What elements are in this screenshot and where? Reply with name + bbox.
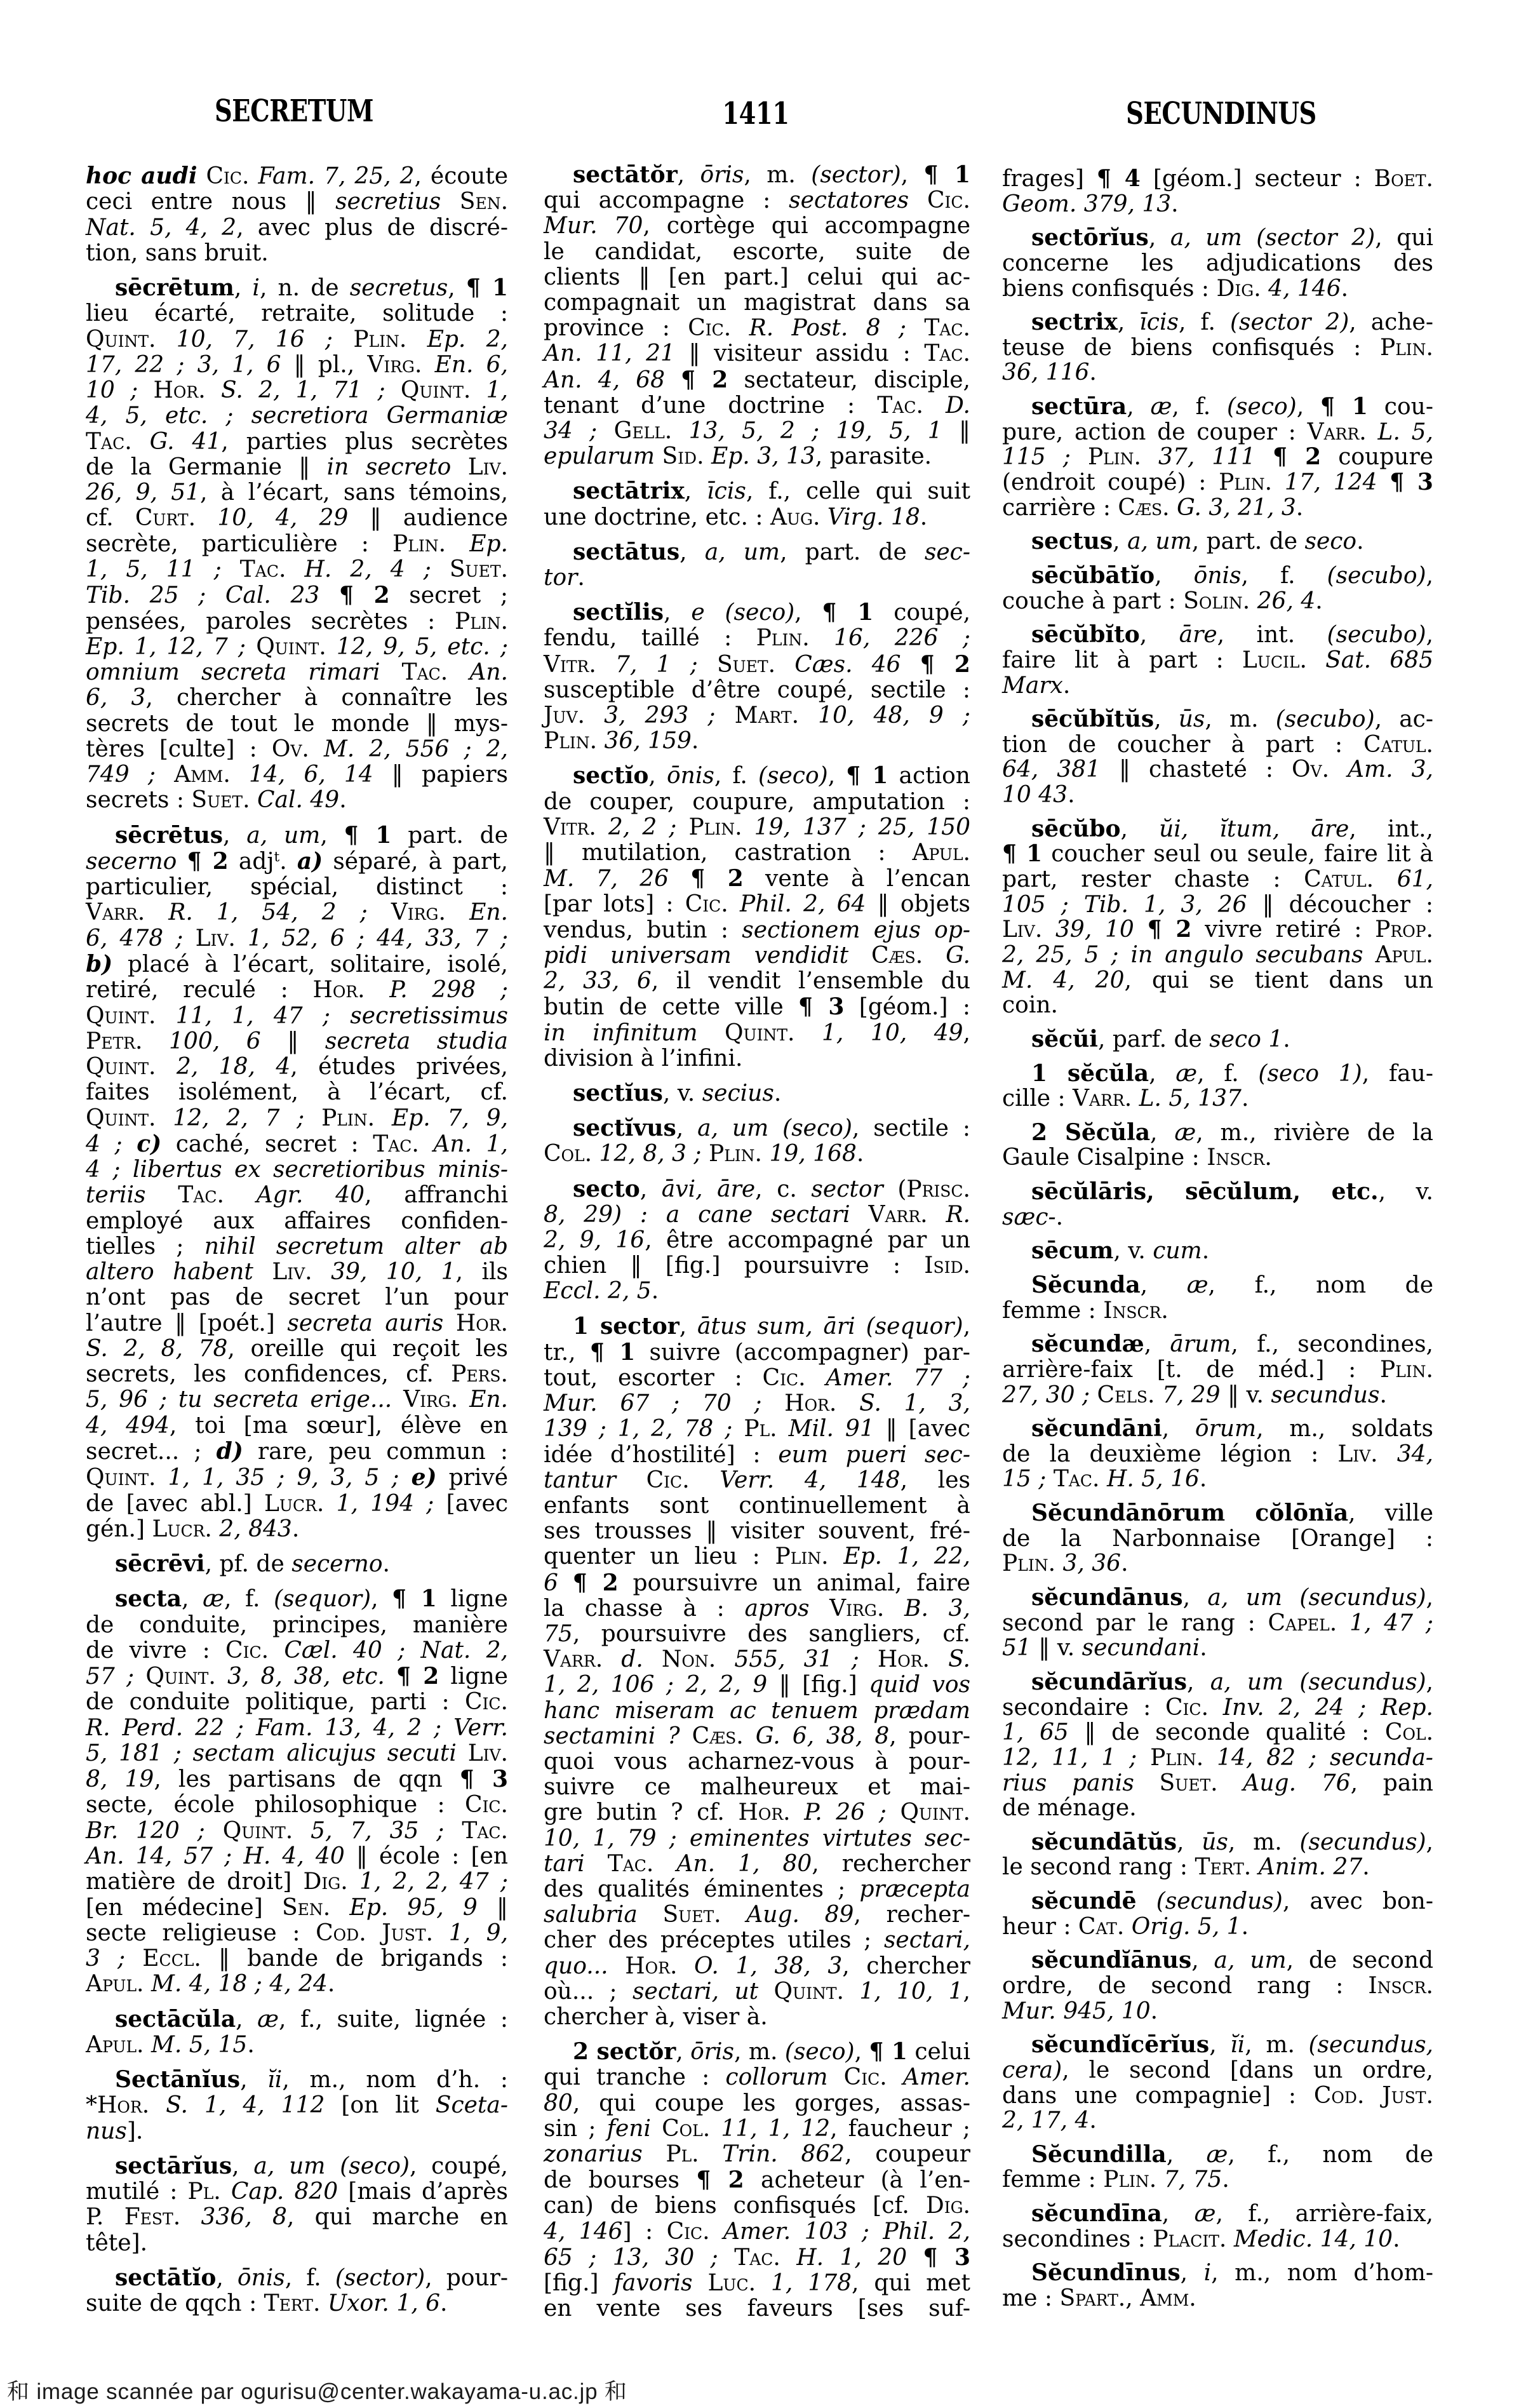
author-abbreviation: Tac. xyxy=(402,659,448,685)
dictionary-entry: Sĕcunda, æ, f., nom defemme : Inscr. xyxy=(1002,1273,1433,1323)
dictionary-entry: sēcŭbĭto, āre, int. (secubo),faire lit à… xyxy=(1002,622,1433,698)
italic-text: 39, 10 xyxy=(1055,917,1134,943)
entry-line: [en médecine] Sen. Ep. 95, 9 ‖ xyxy=(86,1895,508,1921)
entry-line: de couper, coupure, amputation : xyxy=(544,790,970,815)
headword: sĕcundārĭus xyxy=(1031,1669,1187,1695)
author-abbreviation: Plin. xyxy=(455,608,508,635)
author-abbreviation: Plin. xyxy=(1219,469,1272,495)
entry-line: frages] ¶ 4 [géom.] secteur : Boet. xyxy=(1002,166,1433,192)
entry-line: 10, 1, 79 ; eminentes virtutes sec- xyxy=(544,1826,970,1852)
italic-text: Amer. xyxy=(903,2064,970,2090)
author-abbreviation: Apul. xyxy=(913,840,971,866)
entry-line: secondines : Placit. Medic. 14, 10. xyxy=(1002,2227,1433,2252)
entry-continuation: frages] ¶ 4 [géom.] secteur : Boet.Geom.… xyxy=(1002,166,1433,217)
author-abbreviation: Suet. xyxy=(717,652,775,678)
italic-text: 11, 1, 12 xyxy=(721,2116,830,2142)
entry-line: sēcŭbĭtŭs, ūs, m. (secubo), ac- xyxy=(1002,707,1433,732)
author-abbreviation: Placit. xyxy=(1153,2226,1226,2252)
italic-text: 15 ; xyxy=(1002,1466,1046,1492)
author-abbreviation: Dig. xyxy=(1217,276,1261,302)
italic-text: Cæl. 40 ; Nat. 2, xyxy=(284,1637,508,1663)
italic-text: 5, 7, 35 ; xyxy=(311,1818,444,1844)
entry-line: 65 ; 13, 30 ; Tac. H. 1, 20 ¶ 3 xyxy=(544,2245,970,2271)
italic-text: 14, 6, 14 xyxy=(249,762,373,788)
entry-line: Quint. 1, 1, 35 ; 9, 3, 5 ; e) privé xyxy=(86,1465,508,1491)
italic-text: omnium secreta rimari xyxy=(86,659,380,685)
italic-text: Fam. 7, 25, 2 xyxy=(258,163,414,189)
bold-text: ¶ 2 xyxy=(396,1663,439,1690)
bold-text: ¶ 1 xyxy=(822,599,873,626)
entry-line: P. Fest. 336, 8, qui marche en xyxy=(86,2205,508,2230)
author-abbreviation: Quint. xyxy=(256,634,326,660)
italic-text: M. 5, 15 xyxy=(151,2032,247,2058)
author-abbreviation: Plin. xyxy=(775,1543,829,1569)
entry-line: tr., ¶ 1 suivre (accompagner) par- xyxy=(544,1340,970,1366)
bold-text: ¶ 1 xyxy=(392,1585,437,1612)
author-abbreviation: Hor. xyxy=(97,2092,149,2118)
entry-line: faire lit à part : Lucil. Sat. 685 xyxy=(1002,648,1433,673)
italic-text: Sceta- xyxy=(436,2092,508,2118)
italic-text: En. xyxy=(469,1387,508,1413)
italic-text: 34, xyxy=(1397,1441,1433,1467)
bold-italic-text: hoc audi xyxy=(86,163,198,189)
italic-text: epularum xyxy=(544,443,655,469)
italic-text: Amer. 103 ; Phil. 2, xyxy=(723,2219,970,2245)
dictionary-entry: sĕcundē (secundus), avec bon-heur : Cat.… xyxy=(1002,1889,1433,1939)
bold-text: ¶ 1 xyxy=(466,274,508,301)
italic-text: 65 ; 13, 30 ; xyxy=(544,2245,718,2271)
bold-italic-text: a) xyxy=(297,848,323,875)
italic-text: (secundus) xyxy=(1299,1829,1426,1855)
entry-line: butin de cette ville ¶ 3 [géom.] : xyxy=(544,994,970,1020)
italic-text: secreta studia xyxy=(325,1028,508,1054)
dictionary-entry: sectācŭla, æ, f., suite, lignée :Apul. M… xyxy=(86,2006,508,2059)
entry-line: clients ‖ [en part.] celui qui ac- xyxy=(544,265,970,290)
italic-text: Geom. 379, 13 xyxy=(1002,191,1171,217)
italic-text: īcis xyxy=(707,478,746,504)
entry-line: sectātŏr, ōris, m. (sector), ¶ 1 xyxy=(544,162,970,188)
italic-text: Ep. 7, 9, xyxy=(392,1105,508,1131)
entry-line: sectārĭus, a, um (seco), coupé, xyxy=(86,2153,508,2179)
entry-line: 2, 17, 4. xyxy=(1002,2108,1433,2134)
entry-line: pidi universam vendidit Cæs. G. xyxy=(544,943,970,969)
dictionary-entry: sĕcundātŭs, ūs, m. (secundus),le second … xyxy=(1002,1830,1433,1880)
entry-line: 1 sector, ātus sum, āri (sequor), xyxy=(544,1314,970,1340)
entry-line: sectūra, æ, f. (seco), ¶ 1 cou- xyxy=(1002,394,1433,420)
italic-text: 37, 111 xyxy=(1158,444,1255,470)
author-abbreviation: Suet. xyxy=(191,787,250,813)
italic-text: sec- xyxy=(925,539,970,565)
bold-text: ¶ 2 xyxy=(690,865,743,892)
italic-text: Marx xyxy=(1002,673,1063,699)
italic-text: R. Post. 8 ; xyxy=(749,315,906,341)
italic-text: 7, 29 xyxy=(1162,1382,1221,1408)
italic-text: Amer. 77 ; xyxy=(826,1365,970,1391)
headword: sectācŭla xyxy=(115,2006,236,2033)
author-abbreviation: Pl. xyxy=(187,2179,220,2205)
italic-text: 16, 226 ; xyxy=(834,625,970,651)
italic-text: Ep. 1, 12, 7 ; xyxy=(86,634,246,660)
author-abbreviation: Virg. xyxy=(403,1387,458,1413)
entry-line: de vivre : Cic. Cæl. 40 ; Nat. 2, xyxy=(86,1638,508,1663)
italic-text: sectari, xyxy=(884,1927,970,1953)
author-abbreviation: Varr. xyxy=(86,899,145,925)
italic-text: 17, 22 ; 3, 1, 6 xyxy=(86,352,281,378)
entry-line: tion de coucher à part : Catul. xyxy=(1002,732,1433,758)
italic-text: 2, 33, 6 xyxy=(544,968,652,994)
entry-line: province : Cic. R. Post. 8 ; Tac. xyxy=(544,316,970,341)
italic-text: secundani xyxy=(1082,1635,1200,1661)
italic-text: ātus sum, āri (sequor) xyxy=(697,1314,963,1340)
entry-line: 2 Sĕcŭla, æ, m., rivière de la xyxy=(1002,1120,1433,1146)
entry-line: sēcrētum, i, n. de secretus, ¶ 1 xyxy=(86,275,508,301)
author-abbreviation: Eccl. xyxy=(142,1946,201,1972)
dictionary-entry: sectĭvus, a, um (seco), sectile :Col. 12… xyxy=(544,1115,970,1167)
entry-line: 4, 5, etc. ; secretiora Germaniæ xyxy=(86,403,508,429)
entry-line: zonarius Pl. Trin. 862, coupeur xyxy=(544,2142,970,2167)
entry-line: cher des préceptes utiles ; sectari, xyxy=(544,1928,970,1953)
italic-text: tor xyxy=(544,565,577,591)
dictionary-entry: sēcum, v. cum. xyxy=(1002,1239,1433,1264)
author-abbreviation: Sen. xyxy=(282,1895,330,1921)
author-abbreviation: Ov. xyxy=(1292,756,1329,783)
entry-line: quo... Hor. O. 1, 38, 3, chercher xyxy=(544,1954,970,1979)
italic-text: Mur. 70 xyxy=(544,213,643,239)
author-abbreviation: Mart. xyxy=(735,702,799,729)
italic-text: 1, 2, 106 ; 2, 2, 9 xyxy=(544,1672,767,1698)
dictionary-entry: sectrix, īcis, f. (sector 2), ache-teuse… xyxy=(1002,310,1433,386)
author-abbreviation: Cod. Just. xyxy=(1314,2083,1433,2109)
italic-text: in secreto xyxy=(327,454,452,480)
italic-text: 4, 494 xyxy=(86,1413,170,1439)
author-abbreviation: Dig. xyxy=(304,1869,348,1895)
entry-line: Varr. d. Non. 555, 31 ; Hor. S. xyxy=(544,1647,970,1672)
entry-line: secte religieuse : Cod. Just. 1, 9, xyxy=(86,1921,508,1946)
italic-text: An. 1, xyxy=(433,1131,508,1157)
entry-line: où... ; sectari, ut Quint. 1, 10, 1, xyxy=(544,1979,970,2005)
italic-text: cera) xyxy=(1002,2057,1062,2083)
author-abbreviation: Varr. xyxy=(544,1646,603,1672)
entry-line: tielles ; nihil secretum alter ab xyxy=(86,1234,508,1260)
dictionary-entry: sectĭlis, e (seco), ¶ 1 coupé,fendu, tai… xyxy=(544,600,970,754)
author-abbreviation: Varr. xyxy=(1308,419,1367,445)
entry-line: omnium secreta rimari Tac. An. xyxy=(86,660,508,685)
entry-line: 2, 9, 16, être accompagné par un xyxy=(544,1228,970,1253)
italic-text: zonarius xyxy=(544,2141,643,2167)
entry-line: sĕcundātŭs, ūs, m. (secundus), xyxy=(1002,1830,1433,1855)
author-abbreviation: Non. xyxy=(662,1646,716,1672)
entry-line: sēcŭbātĭo, ōnis, f. (secubo), xyxy=(1002,563,1433,589)
entry-line: 4, 146] : Cic. Amer. 103 ; Phil. 2, xyxy=(544,2219,970,2245)
italic-text: 2, 9, 16 xyxy=(544,1227,645,1253)
headword: secto xyxy=(573,1176,640,1202)
author-abbreviation: Suet. xyxy=(1160,1770,1218,1796)
author-abbreviation: Boet. xyxy=(1374,166,1433,192)
italic-text: Sat. 685 xyxy=(1325,647,1433,673)
author-abbreviation: Spart. xyxy=(1059,2285,1125,2311)
italic-text: S. xyxy=(948,1646,970,1672)
author-abbreviation: Plin. xyxy=(544,728,597,754)
entry-line: couche à part : Solin. 26, 4. xyxy=(1002,589,1433,614)
italic-text: G. 41 xyxy=(150,429,222,455)
italic-text: Mur. 945, 10 xyxy=(1002,1998,1151,2024)
author-abbreviation: Col. xyxy=(1385,1719,1433,1745)
entry-line: ses trousses ‖ visiter souvent, fré- xyxy=(544,1519,970,1544)
italic-text: M. 4, 20 xyxy=(1002,967,1124,993)
author-abbreviation: Varr. xyxy=(868,1202,927,1228)
italic-text: ĭi xyxy=(267,2067,282,2093)
author-abbreviation: Cic. xyxy=(685,891,728,917)
headword: sēcŭlāris, sēcŭlum, etc. xyxy=(1031,1178,1379,1205)
italic-text: 1, 52, 6 ; 44, 33, 7 ; xyxy=(248,925,508,951)
entry-line: sĕcundĭānus, a, um, de second xyxy=(1002,1948,1433,1973)
italic-text: Inv. 2, 24 ; Rep. xyxy=(1223,1695,1433,1721)
headword: sectus xyxy=(1031,528,1113,554)
author-abbreviation: Cic. xyxy=(206,163,250,189)
entry-line: 115 ; Plin. 37, 111 ¶ 2 coupure xyxy=(1002,445,1433,470)
author-abbreviation: Virg. xyxy=(367,352,422,378)
entry-line: susceptible d’être coupé, sectile : xyxy=(544,678,970,703)
entry-line: Ep. 1, 12, 7 ; Quint. 12, 9, 5, etc. ; xyxy=(86,635,508,660)
italic-text: secretus xyxy=(350,275,448,301)
author-abbreviation: Quint. xyxy=(86,1054,156,1080)
entry-line: secrets de tout le monde ‖ mys- xyxy=(86,711,508,737)
headword: sectārĭus xyxy=(115,2153,232,2179)
italic-text: 1, xyxy=(486,377,508,403)
entry-line: tion, sans bruit. xyxy=(86,241,508,266)
entry-line: Eccl. 2, 5. xyxy=(544,1279,970,1304)
italic-text: secius xyxy=(702,1080,774,1106)
italic-text: 10, 4, 29 xyxy=(217,505,348,531)
author-abbreviation: Cic. xyxy=(465,1689,508,1715)
italic-text: Uxor. 1, 6 xyxy=(328,2290,440,2316)
author-abbreviation: Cic. xyxy=(763,1365,806,1391)
entry-line: S. 2, 8, 78, oreille qui reçoit les xyxy=(86,1336,508,1362)
italic-text: Medic. 14, 10 xyxy=(1234,2226,1393,2252)
entry-line: Sĕcundilla, æ, f., nom de xyxy=(1002,2142,1433,2168)
entry-line: tête]. xyxy=(86,2231,508,2256)
superscript: t xyxy=(274,849,280,865)
italic-text: præcepta xyxy=(859,1876,970,1902)
italic-text: Anim. 27 xyxy=(1259,1854,1363,1880)
headword: sectĭus xyxy=(573,1080,663,1106)
italic-text: 10, 7, 16 ; xyxy=(177,326,333,353)
entry-line: ordre, de second rang : Inscr. xyxy=(1002,1973,1433,1999)
dictionary-entry: sectĭo, ōnis, f. (seco), ¶ 1 actionde co… xyxy=(544,763,970,1071)
italic-text: 4 ; libertus ex secretioribus minis- xyxy=(86,1157,508,1183)
italic-text: tari xyxy=(544,1851,585,1877)
entry-line: ‖ mutilation, castration : Apul. xyxy=(544,840,970,866)
author-abbreviation: Ov. xyxy=(272,736,309,762)
entry-line: ceci entre nous ‖ secretius Sen. xyxy=(86,189,508,215)
italic-text: 2, 25, 5 ; in angulo secubans xyxy=(1002,942,1363,968)
entry-line: 8, 19, les partisans de qqn ¶ 3 xyxy=(86,1766,508,1792)
entry-line: rius panis Suet. Aug. 76, pain xyxy=(1002,1771,1433,1796)
headword: sectĭo xyxy=(573,762,648,789)
entry-line: hanc miseram ac tenuem prædam xyxy=(544,1698,970,1724)
author-abbreviation: Liv. xyxy=(1002,917,1042,943)
entry-line: 64, 381 ‖ chasteté : Ov. Am. 3, xyxy=(1002,757,1433,783)
author-abbreviation: Liv. xyxy=(196,925,236,951)
entry-line: biens confisqués : Dig. 4, 146. xyxy=(1002,276,1433,302)
italic-text: L. 5, xyxy=(1378,419,1433,445)
entry-line: sectrix, īcis, f. (sector 2), ache- xyxy=(1002,310,1433,335)
headword: sēcŭbĭtŭs xyxy=(1031,706,1154,732)
column-1: hoc audi Cic. Fam. 7, 25, 2, écoutececi … xyxy=(86,163,508,2317)
italic-text: 51 xyxy=(1002,1635,1031,1661)
author-abbreviation: Quint. xyxy=(401,377,471,403)
italic-text: R. Perd. 22 ; Fam. 13, 4, 2 ; Verr. xyxy=(86,1715,508,1741)
italic-text: 10 43 xyxy=(1002,782,1068,808)
author-abbreviation: Lucil. xyxy=(1242,647,1307,673)
entry-line: sēcŭbo, ŭi, ĭtum, āre, int., xyxy=(1002,817,1433,842)
entry-line: Plin. 3, 36. xyxy=(1002,1551,1433,1576)
entry-line: de la Narbonnaise [Orange] : xyxy=(1002,1526,1433,1552)
entry-line: 4 ; c) caché, secret : Tac. An. 1, xyxy=(86,1131,508,1157)
entry-line: Juv. 3, 293 ; Mart. 10, 48, 9 ; xyxy=(544,703,970,729)
entry-line: R. Perd. 22 ; Fam. 13, 4, 2 ; Verr. xyxy=(86,1716,508,1741)
author-abbreviation: Suet. xyxy=(450,556,508,582)
author-abbreviation: Gell. xyxy=(614,418,673,444)
entry-line: sĕcundē (secundus), avec bon- xyxy=(1002,1889,1433,1914)
bold-text: ¶ 2 xyxy=(920,651,970,678)
italic-text: 105 ; Tib. 1, 3, 26 xyxy=(1002,892,1247,918)
author-abbreviation: Solin. xyxy=(1183,588,1250,614)
entry-line: femme : Inscr. xyxy=(1002,1298,1433,1324)
entry-line: hoc audi Cic. Fam. 7, 25, 2, écoute xyxy=(86,163,508,189)
italic-text: Br. 120 ; xyxy=(86,1818,205,1844)
italic-text: (secubo) xyxy=(1276,706,1375,732)
entry-line: tout, escorter : Cic. Amer. 77 ; xyxy=(544,1366,970,1391)
italic-text: 13, 5, 2 ; 19, 5, 1 xyxy=(689,418,942,444)
author-abbreviation: Cæs. xyxy=(692,1723,744,1749)
italic-text: 139 ; 1, 2, 78 ; xyxy=(544,1416,732,1442)
author-abbreviation: Quint. xyxy=(86,1105,156,1131)
entry-line: Liv. 39, 10 ¶ 2 vivre retiré : Prop. xyxy=(1002,917,1433,943)
italic-text: L. 5, 137 xyxy=(1139,1085,1242,1112)
author-abbreviation: Tac. xyxy=(924,340,970,366)
italic-text: i xyxy=(252,275,260,301)
entry-line: de la deuxième légion : Liv. 34, xyxy=(1002,1442,1433,1467)
entry-line: chercher à, viser à. xyxy=(544,2005,970,2030)
italic-text: 100, 6 xyxy=(169,1028,261,1054)
entry-line: coin. xyxy=(1002,993,1433,1018)
italic-text: An. 14, 57 ; H. 4, 40 xyxy=(86,1843,345,1869)
author-abbreviation: Apul. xyxy=(86,2032,144,2058)
dictionary-entry: sēcŭbo, ŭi, ĭtum, āre, int.,¶ 1 coucher … xyxy=(1002,817,1433,1018)
italic-text: 80 xyxy=(544,2090,573,2116)
italic-text: Eccl. 2, 5 xyxy=(544,1278,652,1304)
entry-line: Quint. 12, 2, 7 ; Plin. Ep. 7, 9, xyxy=(86,1106,508,1131)
italic-text: G. 6, 38, 8 xyxy=(756,1723,890,1749)
entry-line: 8, 29) : a cane sectari Varr. R. xyxy=(544,1202,970,1228)
headword: sectātrix xyxy=(573,478,685,504)
entry-line: tenant d’une doctrine : Tac. D. xyxy=(544,393,970,419)
italic-text: (secubo) xyxy=(1327,563,1426,589)
entry-line: pure, action de couper : Varr. L. 5, xyxy=(1002,420,1433,445)
italic-text: feni xyxy=(607,2116,651,2142)
author-abbreviation: Apul. xyxy=(86,1971,144,1997)
headword: sectūra xyxy=(1031,393,1127,420)
entry-line: teriis Tac. Agr. 40, affranchi xyxy=(86,1183,508,1208)
entry-line: 4 ; libertus ex secretioribus minis- xyxy=(86,1157,508,1183)
bold-italic-text: e) xyxy=(412,1464,437,1491)
italic-text: secretius xyxy=(335,189,441,215)
italic-text: sectionem ejus op- xyxy=(742,917,970,943)
author-abbreviation: Tac. xyxy=(877,393,923,419)
bold-text: ¶ 2 xyxy=(339,582,390,608)
bold-italic-text: d) xyxy=(217,1438,243,1465)
italic-text: 1, 47 ; xyxy=(1349,1610,1433,1636)
italic-text: æ xyxy=(1175,1061,1197,1087)
author-abbreviation: Hor. xyxy=(784,1390,836,1416)
dictionary-entry: sectārĭus, a, um (seco), coupé,mutilé : … xyxy=(86,2153,508,2256)
headword: sēcrēvi xyxy=(115,1550,205,1577)
entry-line: sēcŭlāris, sēcŭlum, etc., v. xyxy=(1002,1179,1433,1205)
author-abbreviation: Tac. xyxy=(86,429,132,455)
italic-text: 1, 65 xyxy=(1002,1719,1069,1745)
italic-text: sectatores xyxy=(789,187,909,213)
headword: sĕcundæ xyxy=(1031,1331,1144,1357)
entry-line: des qualités éminentes ; præcepta xyxy=(544,1877,970,1902)
author-abbreviation: Lucr. xyxy=(152,1516,211,1542)
bold-italic-text: c) xyxy=(137,1131,161,1157)
author-abbreviation: Vitr. xyxy=(544,814,596,840)
headword: sĕcundānus xyxy=(1031,1584,1183,1611)
italic-text: quid vos xyxy=(869,1672,970,1698)
italic-text: Cæs. 46 xyxy=(794,652,901,678)
bold-text: ¶ 3 xyxy=(1389,469,1433,495)
headword: sēcŭbātĭo xyxy=(1031,562,1155,589)
bold-text: ¶ 1 xyxy=(1320,393,1368,420)
entry-line: sectātus, a, um, part. de sec- xyxy=(544,539,970,565)
entry-line: Geom. 379, 13. xyxy=(1002,192,1433,217)
italic-text: 2, 843 xyxy=(219,1516,292,1542)
entry-line: sĕcundānus, a, um (secundus), xyxy=(1002,1585,1433,1611)
italic-text: 36, 159 xyxy=(604,728,691,754)
italic-text: 115 ; xyxy=(1002,444,1071,470)
author-abbreviation: Hor. xyxy=(312,977,365,1003)
headword: secta xyxy=(115,1585,182,1612)
author-abbreviation: Cic. xyxy=(646,1467,690,1493)
italic-text: ōnis xyxy=(667,763,714,789)
entry-line: sĕcundāni, ōrum, m., soldats xyxy=(1002,1416,1433,1442)
dictionary-entry: 2 sectŏr, ōris, m. (seco), ¶ 1 celuiqui … xyxy=(544,2039,970,2322)
entry-line: de conduite, principes, manière xyxy=(86,1613,508,1638)
headword: sĕcundĭcērĭus xyxy=(1031,2031,1209,2058)
author-abbreviation: Suet. xyxy=(663,1902,721,1928)
bold-text: ¶ 3 xyxy=(460,1766,508,1792)
headword: Sĕcundānōrum cŏlōnĭa xyxy=(1031,1500,1348,1526)
bold-italic-text: b) xyxy=(86,951,112,978)
dictionary-entry: sĕcundĭānus, a, um, de secondordre, de s… xyxy=(1002,1948,1433,2024)
italic-text: An. 11, 21 xyxy=(544,340,675,366)
italic-text: nihil secretum alter ab xyxy=(204,1233,508,1260)
italic-text: (seco) xyxy=(785,2039,855,2065)
author-abbreviation: Lucr. xyxy=(264,1491,324,1517)
italic-text: (sector) xyxy=(811,162,901,188)
entry-line: *Hor. S. 1, 4, 112 [on lit Sceta- xyxy=(86,2093,508,2118)
entry-line: dans une compagnie] : Cod. Just. xyxy=(1002,2083,1433,2109)
italic-text: Am. 3, xyxy=(1348,756,1433,783)
bold-text: ¶ 2 xyxy=(187,848,228,875)
entry-line: Sĕcundīnus, i, m., nom d’hom- xyxy=(1002,2261,1433,2286)
headword: sēcŭbo xyxy=(1031,816,1120,842)
entry-line: cf. Curt. 10, 4, 29 ‖ audience xyxy=(86,506,508,531)
entry-line: 12, 11, 1 ; Plin. 14, 82 ; secunda- xyxy=(1002,1745,1433,1771)
entry-line: tères [culte] : Ov. M. 2, 556 ; 2, xyxy=(86,737,508,762)
italic-text: S. 1, 4, 112 xyxy=(166,2092,325,2118)
